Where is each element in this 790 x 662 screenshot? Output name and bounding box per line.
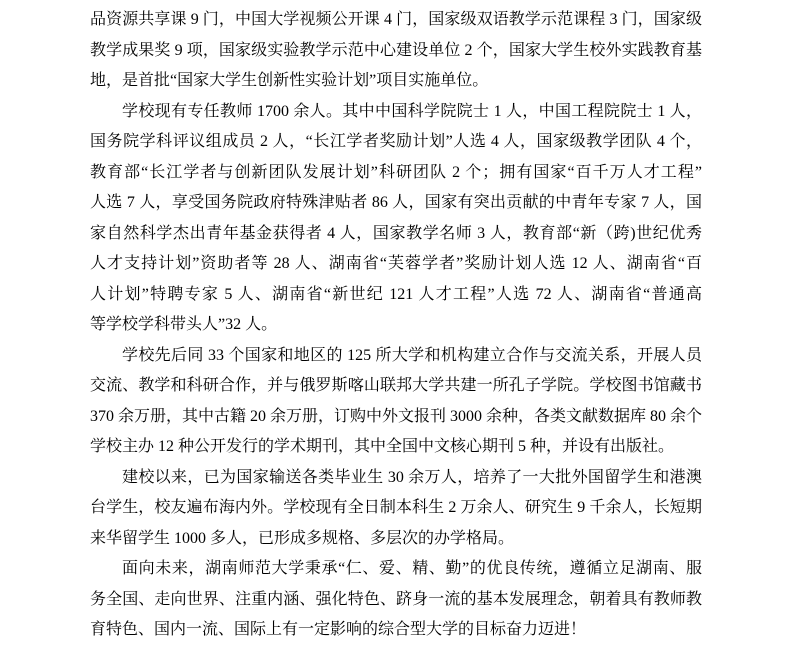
- document-page: { "document": { "background_color": "#ff…: [0, 0, 790, 662]
- text-line: 人才支持计划”资助者等 28 人、湖南省“芙蓉学者”奖励计划人选 12 人、湖南…: [90, 249, 702, 280]
- text-line: 人计划”特聘专家 5 人、湖南省“新世纪 121 人才工程”人选 72 人、湖南…: [90, 280, 702, 311]
- text-line: 来华留学生 1000 多人，已形成多规格、多层次的办学格局。: [90, 524, 702, 555]
- text-line: 国务院学科评议组成员 2 人，“长江学者奖励计划”人选 4 人，国家级教学团队 …: [90, 127, 702, 158]
- text-line: 教育部“长江学者与创新团队发展计划”科研团队 2 个；拥有国家“百千万人才工程”: [90, 158, 702, 189]
- text-line: 教学成果奖 9 项，国家级实验教学示范中心建设单位 2 个，国家大学生校外实践教…: [90, 36, 702, 67]
- text-line: 务全国、走向世界、注重内涵、强化特色、跻身一流的基本发展理念，朝着具有教师教: [90, 585, 702, 616]
- text-line: 370 余万册，其中古籍 20 余万册，订购中外文报刊 3000 余种，各类文献…: [90, 402, 702, 433]
- page: 品资源共享课 9 门，中国大学视频公开课 4 门，国家级双语教学示范课程 3 门…: [0, 0, 790, 662]
- text-line: 交流、教学和科研合作，并与俄罗斯喀山联邦大学共建一所孔子学院。学校图书馆藏书: [90, 371, 702, 402]
- paragraph-3: 学校先后同 33 个国家和地区的 125 所大学和机构建立合作与交流关系，开展人…: [90, 341, 702, 463]
- text-line: 家自然科学杰出青年基金获得者 4 人，国家教学名师 3 人，教育部“新（跨)世纪…: [90, 219, 702, 250]
- text-line: 等学校学科带头人”32 人。: [90, 310, 702, 341]
- text-line: 学校先后同 33 个国家和地区的 125 所大学和机构建立合作与交流关系，开展人…: [90, 341, 702, 372]
- paragraph-2: 学校现有专任教师 1700 余人。其中中国科学院院士 1 人，中国工程院院士 1…: [90, 97, 702, 341]
- document-body: 品资源共享课 9 门，中国大学视频公开课 4 门，国家级双语教学示范课程 3 门…: [90, 5, 702, 646]
- text-line: 品资源共享课 9 门，中国大学视频公开课 4 门，国家级双语教学示范课程 3 门…: [90, 5, 702, 36]
- text-line: 育特色、国内一流、国际上有一定影响的综合型大学的目标奋力迈进！: [90, 615, 702, 646]
- text-line: 面向未来，湖南师范大学秉承“仁、爱、精、勤”的优良传统，遵循立足湖南、服: [90, 554, 702, 585]
- paragraph-4: 建校以来，已为国家输送各类毕业生 30 余万人，培养了一大批外国留学生和港澳台学…: [90, 463, 702, 555]
- paragraph-1: 品资源共享课 9 门，中国大学视频公开课 4 门，国家级双语教学示范课程 3 门…: [90, 5, 702, 97]
- text-line: 学校现有专任教师 1700 余人。其中中国科学院院士 1 人，中国工程院院士 1…: [90, 97, 702, 128]
- text-line: 地，是首批“国家大学生创新性实验计划”项目实施单位。: [90, 66, 702, 97]
- text-line: 台学生，校友遍布海内外。学校现有全日制本科生 2 万余人、研究生 9 千余人，长…: [90, 493, 702, 524]
- text-line: 建校以来，已为国家输送各类毕业生 30 余万人，培养了一大批外国留学生和港澳: [90, 463, 702, 494]
- text-line: 人选 7 人，享受国务院政府特殊津贴者 86 人，国家有突出贡献的中青年专家 7…: [90, 188, 702, 219]
- text-line: 学校主办 12 种公开发行的学术期刊，其中全国中文核心期刊 5 种，并设有出版社…: [90, 432, 702, 463]
- paragraph-5: 面向未来，湖南师范大学秉承“仁、爱、精、勤”的优良传统，遵循立足湖南、服务全国、…: [90, 554, 702, 646]
